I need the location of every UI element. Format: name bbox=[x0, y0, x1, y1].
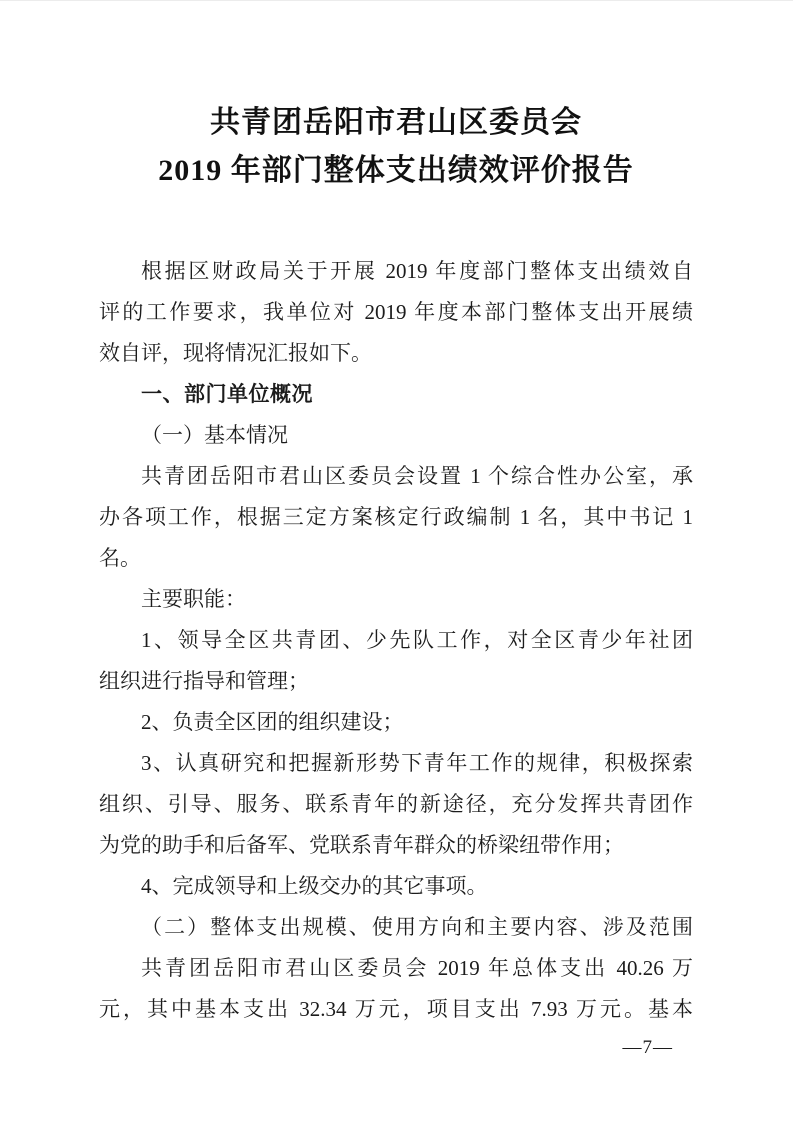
document-content: 共青团岳阳市君山区委员会 2019 年部门整体支出绩效评价报告 根据区财政局关于… bbox=[99, 99, 693, 1030]
function-4-line: 4、完成领导和上级交办的其它事项。 bbox=[99, 866, 693, 907]
document-page: 共青团岳阳市君山区委员会 2019 年部门整体支出绩效评价报告 根据区财政局关于… bbox=[0, 0, 793, 1122]
expenditure-line: 共青团岳阳市君山区委员会 2019 年总体支出 40.26 万 bbox=[99, 948, 693, 989]
function-1-line: 1、领导全区共青团、少先队工作，对全区青少年社团 bbox=[99, 620, 693, 661]
document-title: 共青团岳阳市君山区委员会 2019 年部门整体支出绩效评价报告 bbox=[99, 99, 693, 195]
expenditure-line: 元，其中基本支出 32.34 万元，项目支出 7.93 万元。基本 bbox=[99, 989, 693, 1030]
intro-paragraph-line: 评的工作要求，我单位对 2019 年度本部门整体支出开展绩 bbox=[99, 292, 693, 333]
basic-info-line: 办各项工作，根据三定方案核定行政编制 1 名，其中书记 1 bbox=[99, 497, 693, 538]
document-title-line-1: 共青团岳阳市君山区委员会 bbox=[99, 99, 693, 147]
section-1-heading: 一、部门单位概况 bbox=[99, 374, 693, 415]
intro-paragraph-line: 根据区财政局关于开展 2019 年度部门整体支出绩效自 bbox=[99, 251, 693, 292]
page-number: —7— bbox=[623, 1037, 674, 1059]
function-2-line: 2、负责全区团的组织建设； bbox=[99, 702, 693, 743]
function-3-line: 组织、引导、服务、联系青年的新途径，充分发挥共青团作 bbox=[99, 784, 693, 825]
functions-label: 主要职能： bbox=[99, 579, 693, 620]
basic-info-line: 共青团岳阳市君山区委员会设置 1 个综合性办公室，承 bbox=[99, 456, 693, 497]
intro-paragraph-line: 效自评，现将情况汇报如下。 bbox=[99, 333, 693, 374]
basic-info-line: 名。 bbox=[99, 538, 693, 579]
document-title-line-2: 2019 年部门整体支出绩效评价报告 bbox=[99, 147, 693, 195]
section-1-1-heading: （一）基本情况 bbox=[99, 415, 693, 456]
section-1-2-heading: （二）整体支出规模、使用方向和主要内容、涉及范围 bbox=[99, 907, 693, 948]
document-body: 根据区财政局关于开展 2019 年度部门整体支出绩效自 评的工作要求，我单位对 … bbox=[99, 251, 693, 1030]
function-1-line: 组织进行指导和管理； bbox=[99, 661, 693, 702]
function-3-line: 为党的助手和后备军、党联系青年群众的桥梁纽带作用； bbox=[99, 825, 693, 866]
function-3-line: 3、认真研究和把握新形势下青年工作的规律，积极探索 bbox=[99, 743, 693, 784]
